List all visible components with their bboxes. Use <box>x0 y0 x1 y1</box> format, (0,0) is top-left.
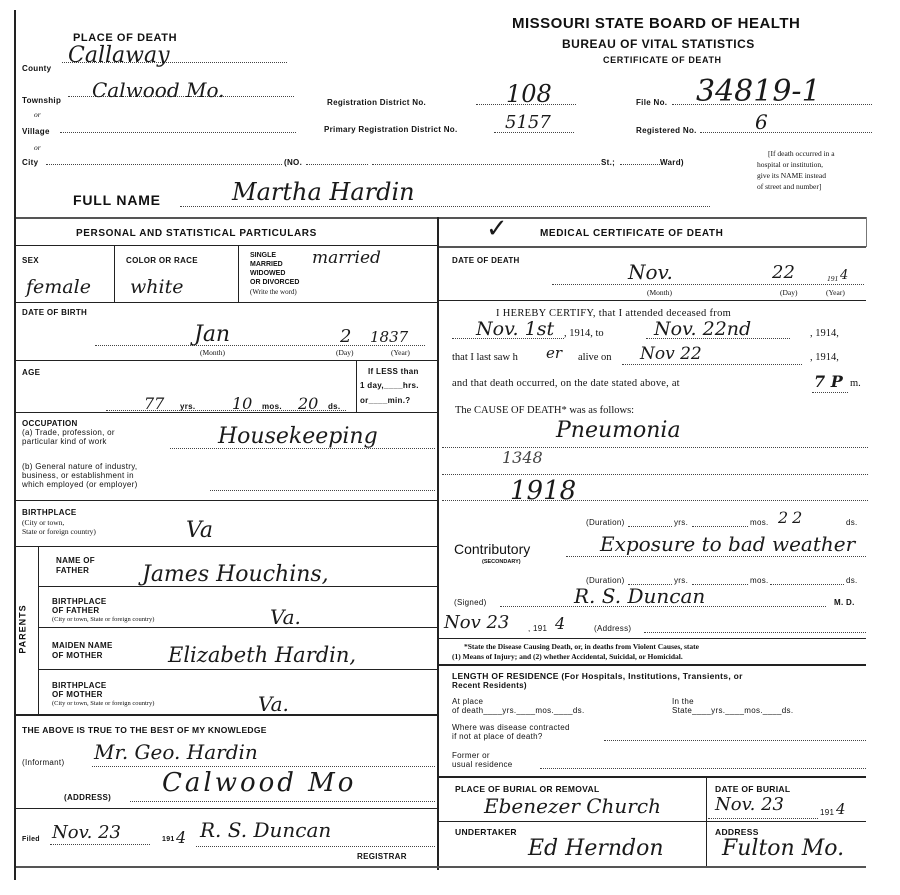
footnote-line-2: (1) Means of Injury; and (2) whether Acc… <box>452 652 683 661</box>
md-label: M. D. <box>834 598 855 607</box>
cause-code-1: 1348 <box>502 448 543 467</box>
father-name-label-1: NAME OF <box>56 556 95 565</box>
less-than-1: If LESS than <box>368 367 419 376</box>
cause-duration-days: 22 <box>778 508 806 527</box>
mother-birthplace-value: Va. <box>258 692 289 716</box>
mother-name-label-1: MAIDEN NAME <box>52 641 113 650</box>
dob-year-caption: (Year) <box>391 348 410 357</box>
no-label: (NO. <box>284 158 302 167</box>
mother-birthplace-label-2: OF MOTHER <box>52 690 103 699</box>
burial-year-suffix: 4 <box>836 800 846 818</box>
medical-section-title: MEDICAL CERTIFICATE OF DEATH <box>540 228 723 239</box>
primary-registration-value: 5157 <box>505 112 551 133</box>
age-days: 20 <box>298 394 318 413</box>
no-line <box>306 164 368 165</box>
bureau-title: BUREAU OF VITAL STATISTICS <box>562 37 755 51</box>
signed-year-prefix: , 191 <box>528 624 547 633</box>
marital-single: SINGLE <box>250 252 276 259</box>
hospital-note-3: give its NAME instead <box>757 171 826 180</box>
age-yrs-label: yrs. <box>180 402 195 411</box>
where-contracted-1: Where was disease contracted <box>452 723 570 732</box>
color-value: white <box>130 276 183 298</box>
attended-from: Nov. 1st <box>476 318 554 340</box>
burial-place-label: PLACE OF BURIAL OR REMOVAL <box>455 784 599 794</box>
father-birthplace-label-1: BIRTHPLACE <box>52 597 107 606</box>
father-name-value: James Houchins, <box>142 562 329 587</box>
dod-day-caption: (Day) <box>780 288 798 297</box>
last-saw-prefix: that I last saw h <box>452 352 518 363</box>
birthplace-value: Va <box>186 518 213 543</box>
age-ds-label: ds. <box>328 402 340 411</box>
undertaker-label: UNDERTAKER <box>455 827 517 837</box>
registrar-label: REGISTRAR <box>357 852 407 861</box>
dod-year-prefix: 191 <box>827 274 838 283</box>
cause-duration-mos: mos. <box>750 518 769 527</box>
former-residence-line <box>540 768 866 769</box>
dod-day: 22 <box>772 262 795 283</box>
secondary-label: (SECONDARY) <box>482 559 521 565</box>
marital-widowed: WIDOWED <box>250 270 285 277</box>
where-contracted-line <box>604 740 866 741</box>
in-state-2: State____yrs.____mos.____ds. <box>672 706 793 715</box>
color-label: COLOR OR RACE <box>126 256 198 265</box>
occupation-b-3: which employed (or employer) <box>22 480 138 489</box>
full-name-value: Martha Hardin <box>232 178 415 206</box>
city-label: City <box>22 158 38 167</box>
dod-month-caption: (Month) <box>647 288 672 297</box>
registrar-signature: R. S. Duncan <box>200 818 331 842</box>
registration-district-label: Registration District No. <box>327 98 426 107</box>
registered-no-value: 6 <box>755 110 768 134</box>
filed-date: Nov. 23 <box>52 822 121 843</box>
less-than-2: 1 day,____hrs. <box>360 381 419 390</box>
father-birthplace-value: Va. <box>270 605 301 629</box>
certificate-title: CERTIFICATE OF DEATH <box>603 55 722 65</box>
marital-married: MARRIED <box>250 261 283 268</box>
village-line <box>60 132 296 133</box>
dob-day-caption: (Day) <box>336 348 354 357</box>
residence-title-1: LENGTH OF RESIDENCE (For Hospitals, Inst… <box>452 671 743 681</box>
undertaker-value: Ed Herndon <box>528 836 664 861</box>
hospital-note-4: of street and number] <box>757 182 821 191</box>
registration-district-value: 108 <box>506 80 552 108</box>
at-place-1: At place <box>452 697 483 706</box>
checkmark: ✓ <box>486 214 508 244</box>
hospital-note-2: hospital or institution, <box>757 160 823 169</box>
last-saw-year: , 1914, <box>810 352 839 363</box>
filed-label: Filed <box>22 836 40 843</box>
personal-section-title: PERSONAL AND STATISTICAL PARTICULARS <box>76 228 317 239</box>
burial-date-label: DATE OF BURIAL <box>715 784 790 794</box>
dod-year-caption: (Year) <box>826 288 845 297</box>
cause-label: The CAUSE OF DEATH* was as follows: <box>455 405 634 416</box>
cause-value: Pneumonia <box>556 418 681 443</box>
signed-date: Nov 23 <box>444 612 509 633</box>
cause-code-2: 1918 <box>510 476 576 506</box>
mother-birthplace-label-3: (City or town, State or foreign country) <box>52 700 154 707</box>
burial-place-value: Ebenezer Church <box>484 794 661 818</box>
filed-year-suffix: 4 <box>176 828 186 847</box>
father-birthplace-label-3: (City or town, State or foreign country) <box>52 616 154 623</box>
parents-label: PARENTS <box>18 604 28 653</box>
dob-year: 1837 <box>370 328 408 346</box>
age-mos-label: mos. <box>262 402 282 411</box>
where-contracted-2: if not at place of death? <box>452 732 543 741</box>
father-birthplace-label-2: OF FATHER <box>52 606 99 615</box>
signed-year-suffix: 4 <box>555 614 565 633</box>
cause-duration-ds: ds. <box>846 518 858 527</box>
address-label: (ADDRESS) <box>64 793 111 802</box>
dob-day: 2 <box>340 326 351 347</box>
former-residence-1: Former or <box>452 751 490 760</box>
in-state-1: In the <box>672 697 694 706</box>
birthplace-sub-1: (City or town, <box>22 518 64 527</box>
father-name-label-2: FATHER <box>56 566 89 575</box>
occupation-b-2: business, or establishment in <box>22 471 134 480</box>
contributory-value: Exposure to bad weather <box>600 532 855 556</box>
dob-month-caption: (Month) <box>200 348 225 357</box>
footnote-line-1: *State the Disease Causing Death, or, in… <box>464 642 699 651</box>
signed-value: R. S. Duncan <box>574 584 705 608</box>
city-line <box>46 164 282 165</box>
attended-to-year: , 1914, <box>810 328 839 339</box>
birthplace-sub-2: State or foreign country) <box>22 527 96 536</box>
physician-address-label: (Address) <box>594 624 631 633</box>
township-label: Township <box>22 96 61 105</box>
cause-duration-label: (Duration) <box>586 518 625 527</box>
primary-registration-label: Primary Registration District No. <box>324 125 458 134</box>
attended-to: Nov. 22nd <box>654 318 751 340</box>
burial-year-prefix: 191 <box>820 808 834 817</box>
dod-label: DATE OF DEATH <box>452 256 520 265</box>
last-saw-pronoun: er <box>546 344 562 362</box>
m-label: m. <box>850 378 861 389</box>
left-border <box>14 10 16 880</box>
county-label: County <box>22 64 51 73</box>
occupation-b-1: (b) General nature of industry, <box>22 462 137 471</box>
marital-divorced: OR DIVORCED <box>250 279 299 286</box>
cause-duration-yrs: yrs. <box>674 518 688 527</box>
dob-month: Jan <box>194 322 230 347</box>
filed-year-prefix: 191 <box>162 836 175 843</box>
county-value: Callaway <box>68 43 170 68</box>
dob-label: DATE OF BIRTH <box>22 308 87 317</box>
death-occurred-line: and that death occurred, on the date sta… <box>452 378 680 389</box>
sex-label: SEX <box>22 256 39 265</box>
village-label: Village <box>22 127 50 136</box>
registered-no-line <box>700 132 872 133</box>
marital-value: married <box>312 248 381 268</box>
former-residence-2: usual residence <box>452 760 513 769</box>
file-no-value: 34819-1 <box>696 74 821 109</box>
sex-value: female <box>26 276 91 298</box>
attended-from-year: , 1914, to <box>564 328 604 339</box>
full-name-label: FULL NAME <box>73 192 161 208</box>
marital-write-note: (Write the word) <box>250 288 297 296</box>
ward-label: Ward) <box>660 158 684 167</box>
right-border <box>866 217 867 247</box>
occupation-title: OCCUPATION <box>22 419 78 428</box>
board-title: MISSOURI STATE BOARD OF HEALTH <box>512 15 800 32</box>
registered-no-label: Registered No. <box>636 126 697 135</box>
occupation-a-1: (a) Trade, profession, or <box>22 428 115 437</box>
signed-label: (Signed) <box>454 598 487 607</box>
burial-date-value: Nov. 23 <box>715 794 784 815</box>
informant-value: Mr. Geo. Hardin <box>94 740 258 764</box>
informant-label: (Informant) <box>22 758 64 767</box>
hospital-note-1: [If death occurred in a <box>768 149 835 158</box>
ward-line <box>620 164 660 165</box>
contributory-duration-mos: mos. <box>750 576 769 585</box>
center-divider <box>437 217 439 870</box>
undertaker-address-value: Fulton Mo. <box>722 836 844 861</box>
at-place-2: of death____yrs.____mos.____ds. <box>452 706 585 715</box>
last-saw-date: Nov 22 <box>640 344 702 364</box>
file-no-label: File No. <box>636 98 667 107</box>
alive-on: alive on <box>578 352 612 363</box>
dod-month: Nov. <box>628 260 673 284</box>
or-label-1: or <box>34 110 41 119</box>
address-value: Calwood Mo <box>162 768 356 798</box>
street-line <box>372 164 600 165</box>
residence-title-2: Recent Residents) <box>452 681 527 690</box>
age-years: 77 <box>144 394 164 413</box>
less-than-3: or____min.? <box>360 396 410 405</box>
mother-name-label-2: OF MOTHER <box>52 651 103 660</box>
death-time: 7 P <box>814 372 843 391</box>
true-statement: THE ABOVE IS TRUE TO THE BEST OF MY KNOW… <box>22 725 267 735</box>
age-months: 10 <box>232 394 252 413</box>
or-label-2: or <box>34 143 41 152</box>
township-value: Calwood Mo. <box>92 78 225 102</box>
birthplace-title: BIRTHPLACE <box>22 508 77 517</box>
dod-year-suffix: 4 <box>840 268 848 283</box>
st-label: St.; <box>601 158 615 167</box>
mother-name-value: Elizabeth Hardin, <box>168 643 356 667</box>
full-name-line <box>180 206 710 207</box>
age-label: AGE <box>22 368 40 377</box>
mother-birthplace-label-1: BIRTHPLACE <box>52 681 107 690</box>
contributory-label: Contributory <box>454 541 530 557</box>
contributory-duration-ds: ds. <box>846 576 858 585</box>
occupation-a-2: particular kind of work <box>22 437 107 446</box>
occupation-value: Housekeeping <box>218 424 378 449</box>
top-divider <box>16 217 866 219</box>
